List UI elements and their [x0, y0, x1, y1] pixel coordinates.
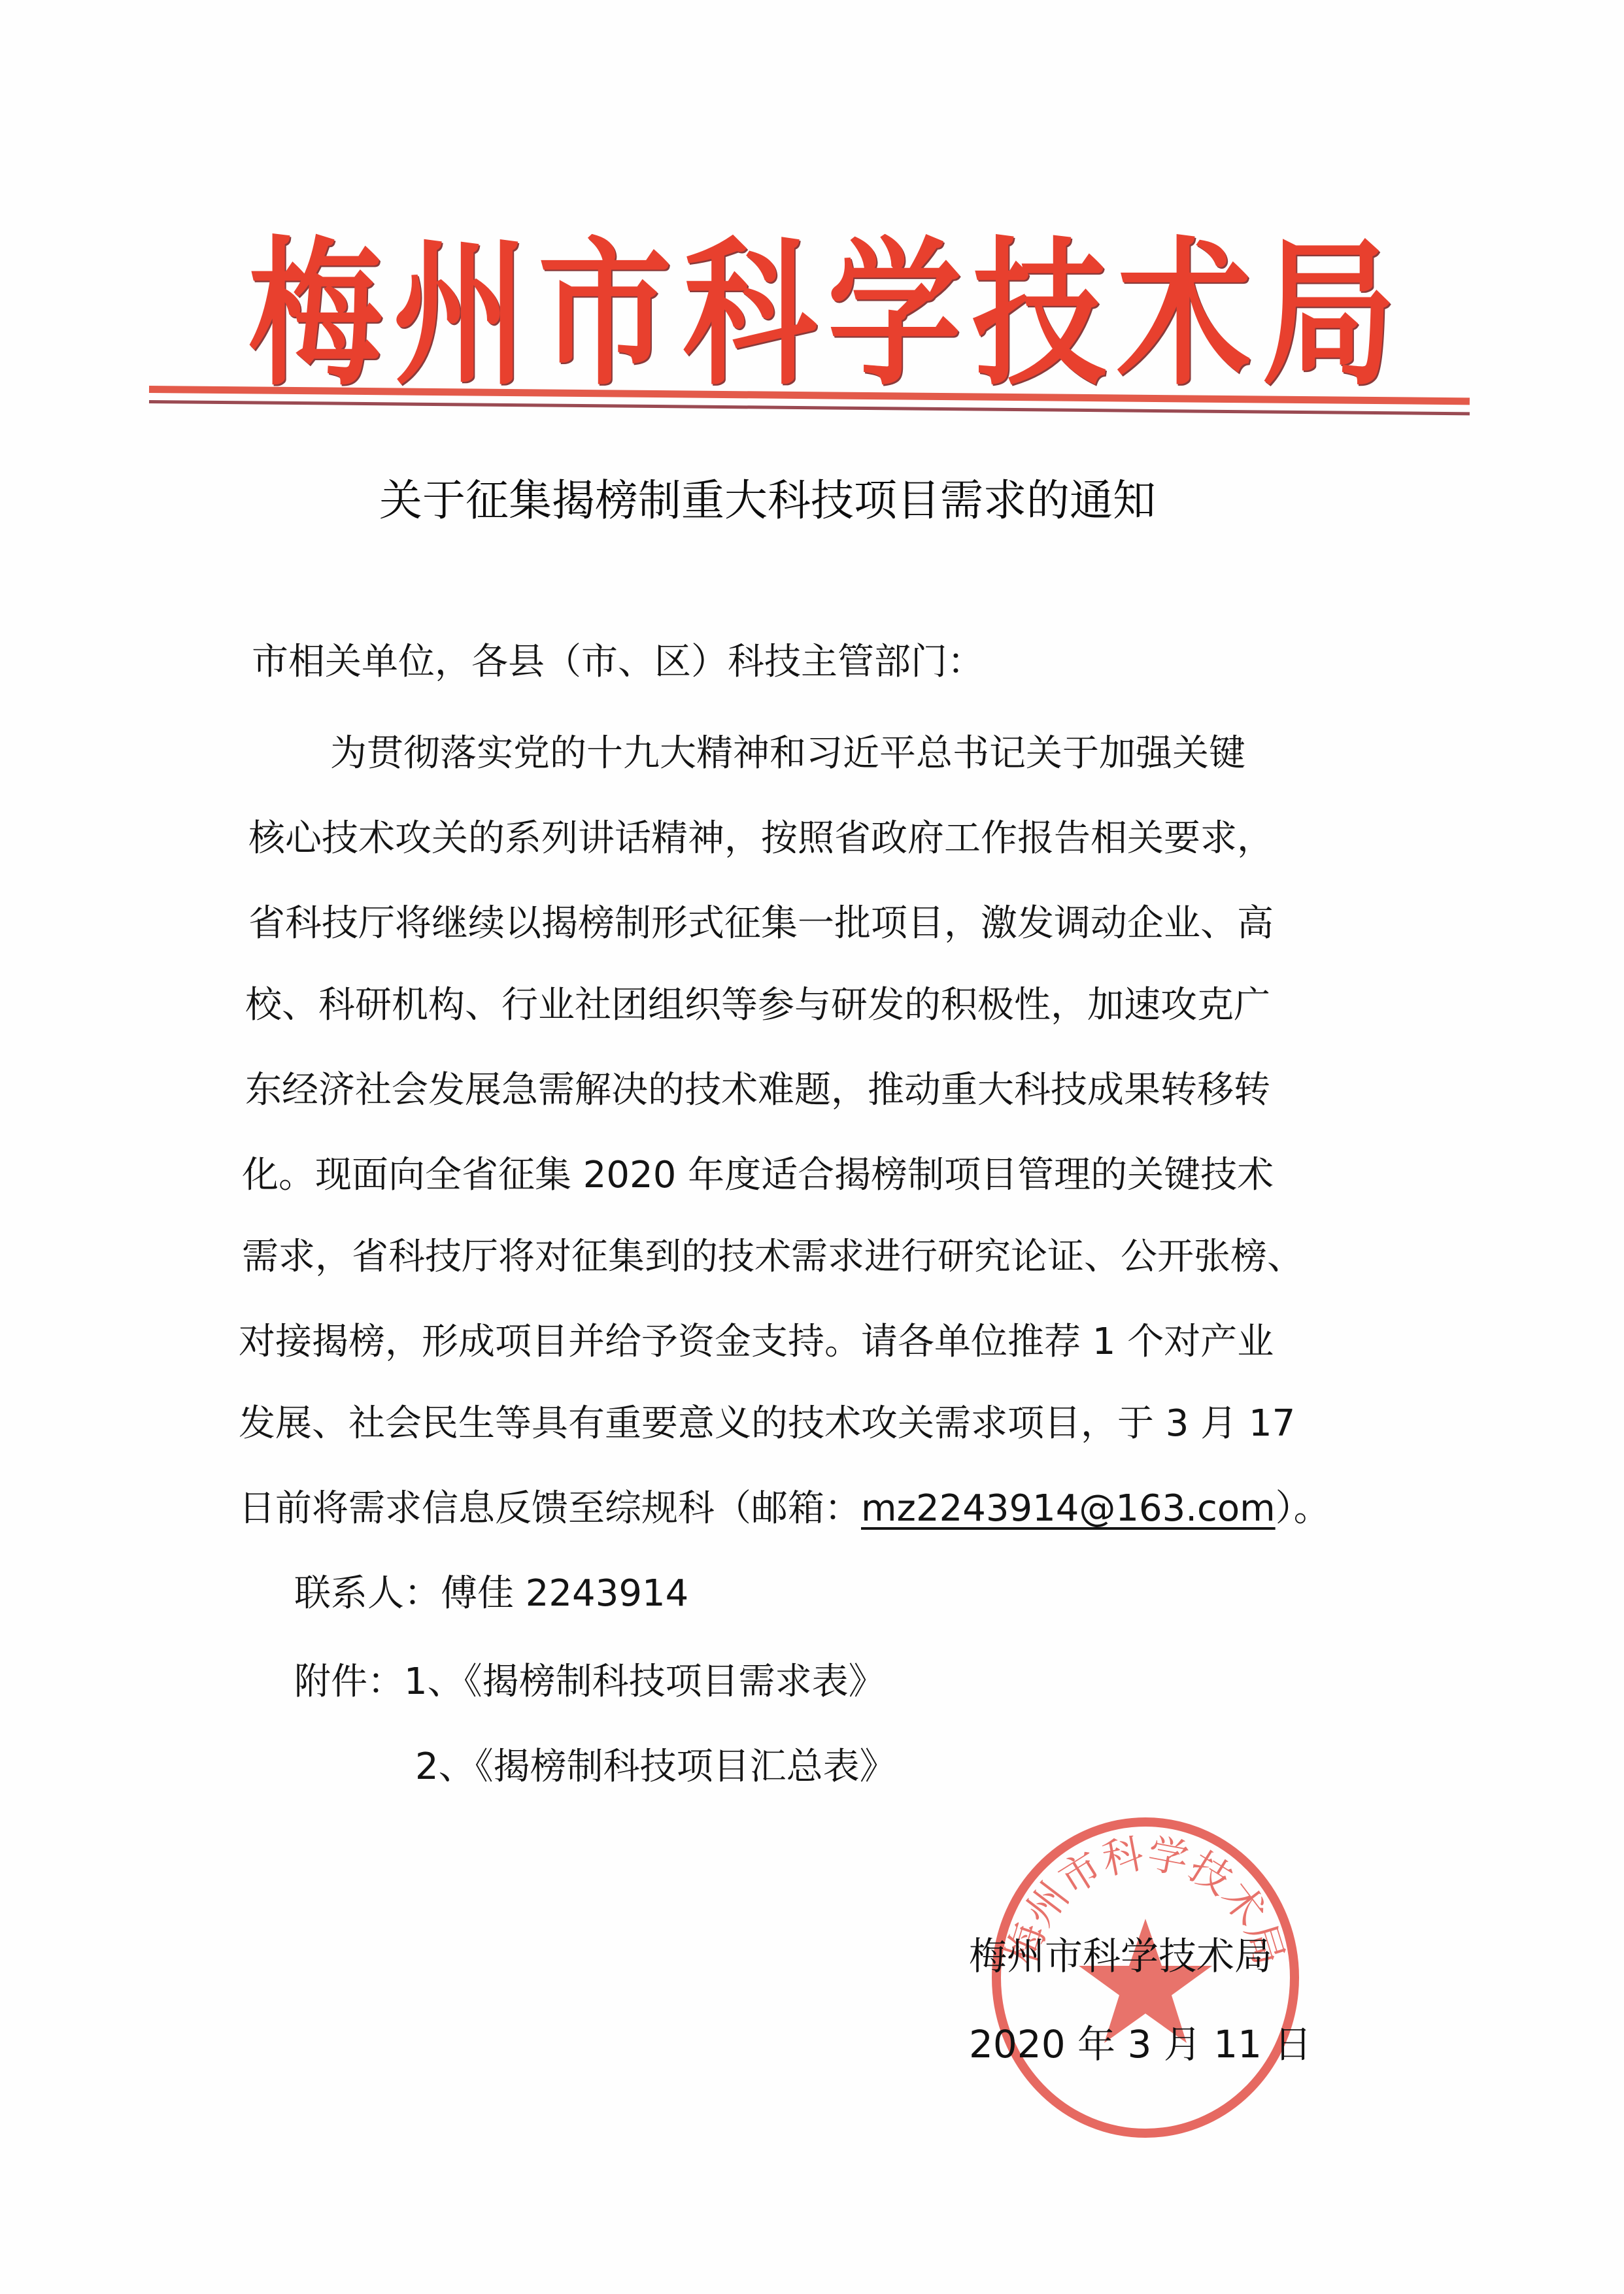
- body-line-last: 日前将需求信息反馈至综规科（邮箱：mz2243914@163.com）。: [239, 1491, 1330, 1527]
- attachment-1: 附件：1、《揭榜制科技项目需求表》: [294, 1664, 885, 1700]
- masthead-char: 局: [1262, 187, 1393, 414]
- document-title: 关于征集揭榜制重大科技项目需求的通知: [379, 465, 1156, 528]
- body-line: 对接揭榜，形成项目并给予资金支持。请各单位推荐 1 个对产业: [239, 1324, 1274, 1360]
- body-line: 需求，省科技厅将对征集到的技术需求进行研究论证、公开张榜、: [242, 1239, 1304, 1275]
- body-line: 核心技术攻关的系列讲话精神，按照省政府工作报告相关要求，: [248, 820, 1274, 857]
- signature-date: 2020 年 3 月 11 日: [969, 2014, 1312, 2068]
- masthead-char: 梅: [248, 187, 379, 414]
- masthead-char: 术: [1117, 187, 1248, 414]
- body-line: 化。现面向全省征集 2020 年度适合揭榜制项目管理的关键技术: [242, 1157, 1274, 1194]
- masthead-char: 市: [538, 187, 669, 414]
- attachment-2: 2、《揭榜制科技项目汇总表》: [415, 1749, 896, 1785]
- document-page: 梅 州 市 科 学 技 术 局 关于征集揭榜制重大科技项目需求的通知 市相关单位…: [0, 0, 1624, 2294]
- body-line: 校、科研机构、行业社团组织等参与研发的积极性，加速攻克广: [245, 987, 1270, 1024]
- issuer-masthead: 梅 州 市 科 学 技 术 局: [248, 222, 1393, 379]
- masthead-char: 科: [683, 187, 813, 414]
- last-line-suffix: ）。: [1276, 1487, 1330, 1530]
- salutation: 市相关单位，各县（市、区）科技主管部门：: [252, 644, 984, 681]
- masthead-char: 学: [828, 187, 958, 414]
- body-line: 发展、社会民生等具有重要意义的技术攻关需求项目，于 3 月 17: [239, 1406, 1295, 1442]
- masthead-char: 技: [972, 187, 1103, 414]
- signature-org: 梅州市科学技术局: [969, 1925, 1272, 1980]
- contact-line: 联系人：傅佳 2243914: [294, 1576, 688, 1612]
- last-line-prefix: 日前将需求信息反馈至综规科（邮箱：: [239, 1487, 861, 1530]
- body-line: 东经济社会发展急需解决的技术难题，推动重大科技成果转移转: [245, 1072, 1270, 1109]
- body-line: 省科技厅将继续以揭榜制形式征集一批项目，激发调动企业、高: [248, 905, 1274, 942]
- masthead-char: 州: [393, 187, 524, 414]
- email-link[interactable]: mz2243914@163.com: [861, 1487, 1276, 1530]
- body-line: 为贯彻落实党的十九大精神和习近平总书记关于加强关键: [330, 735, 1245, 772]
